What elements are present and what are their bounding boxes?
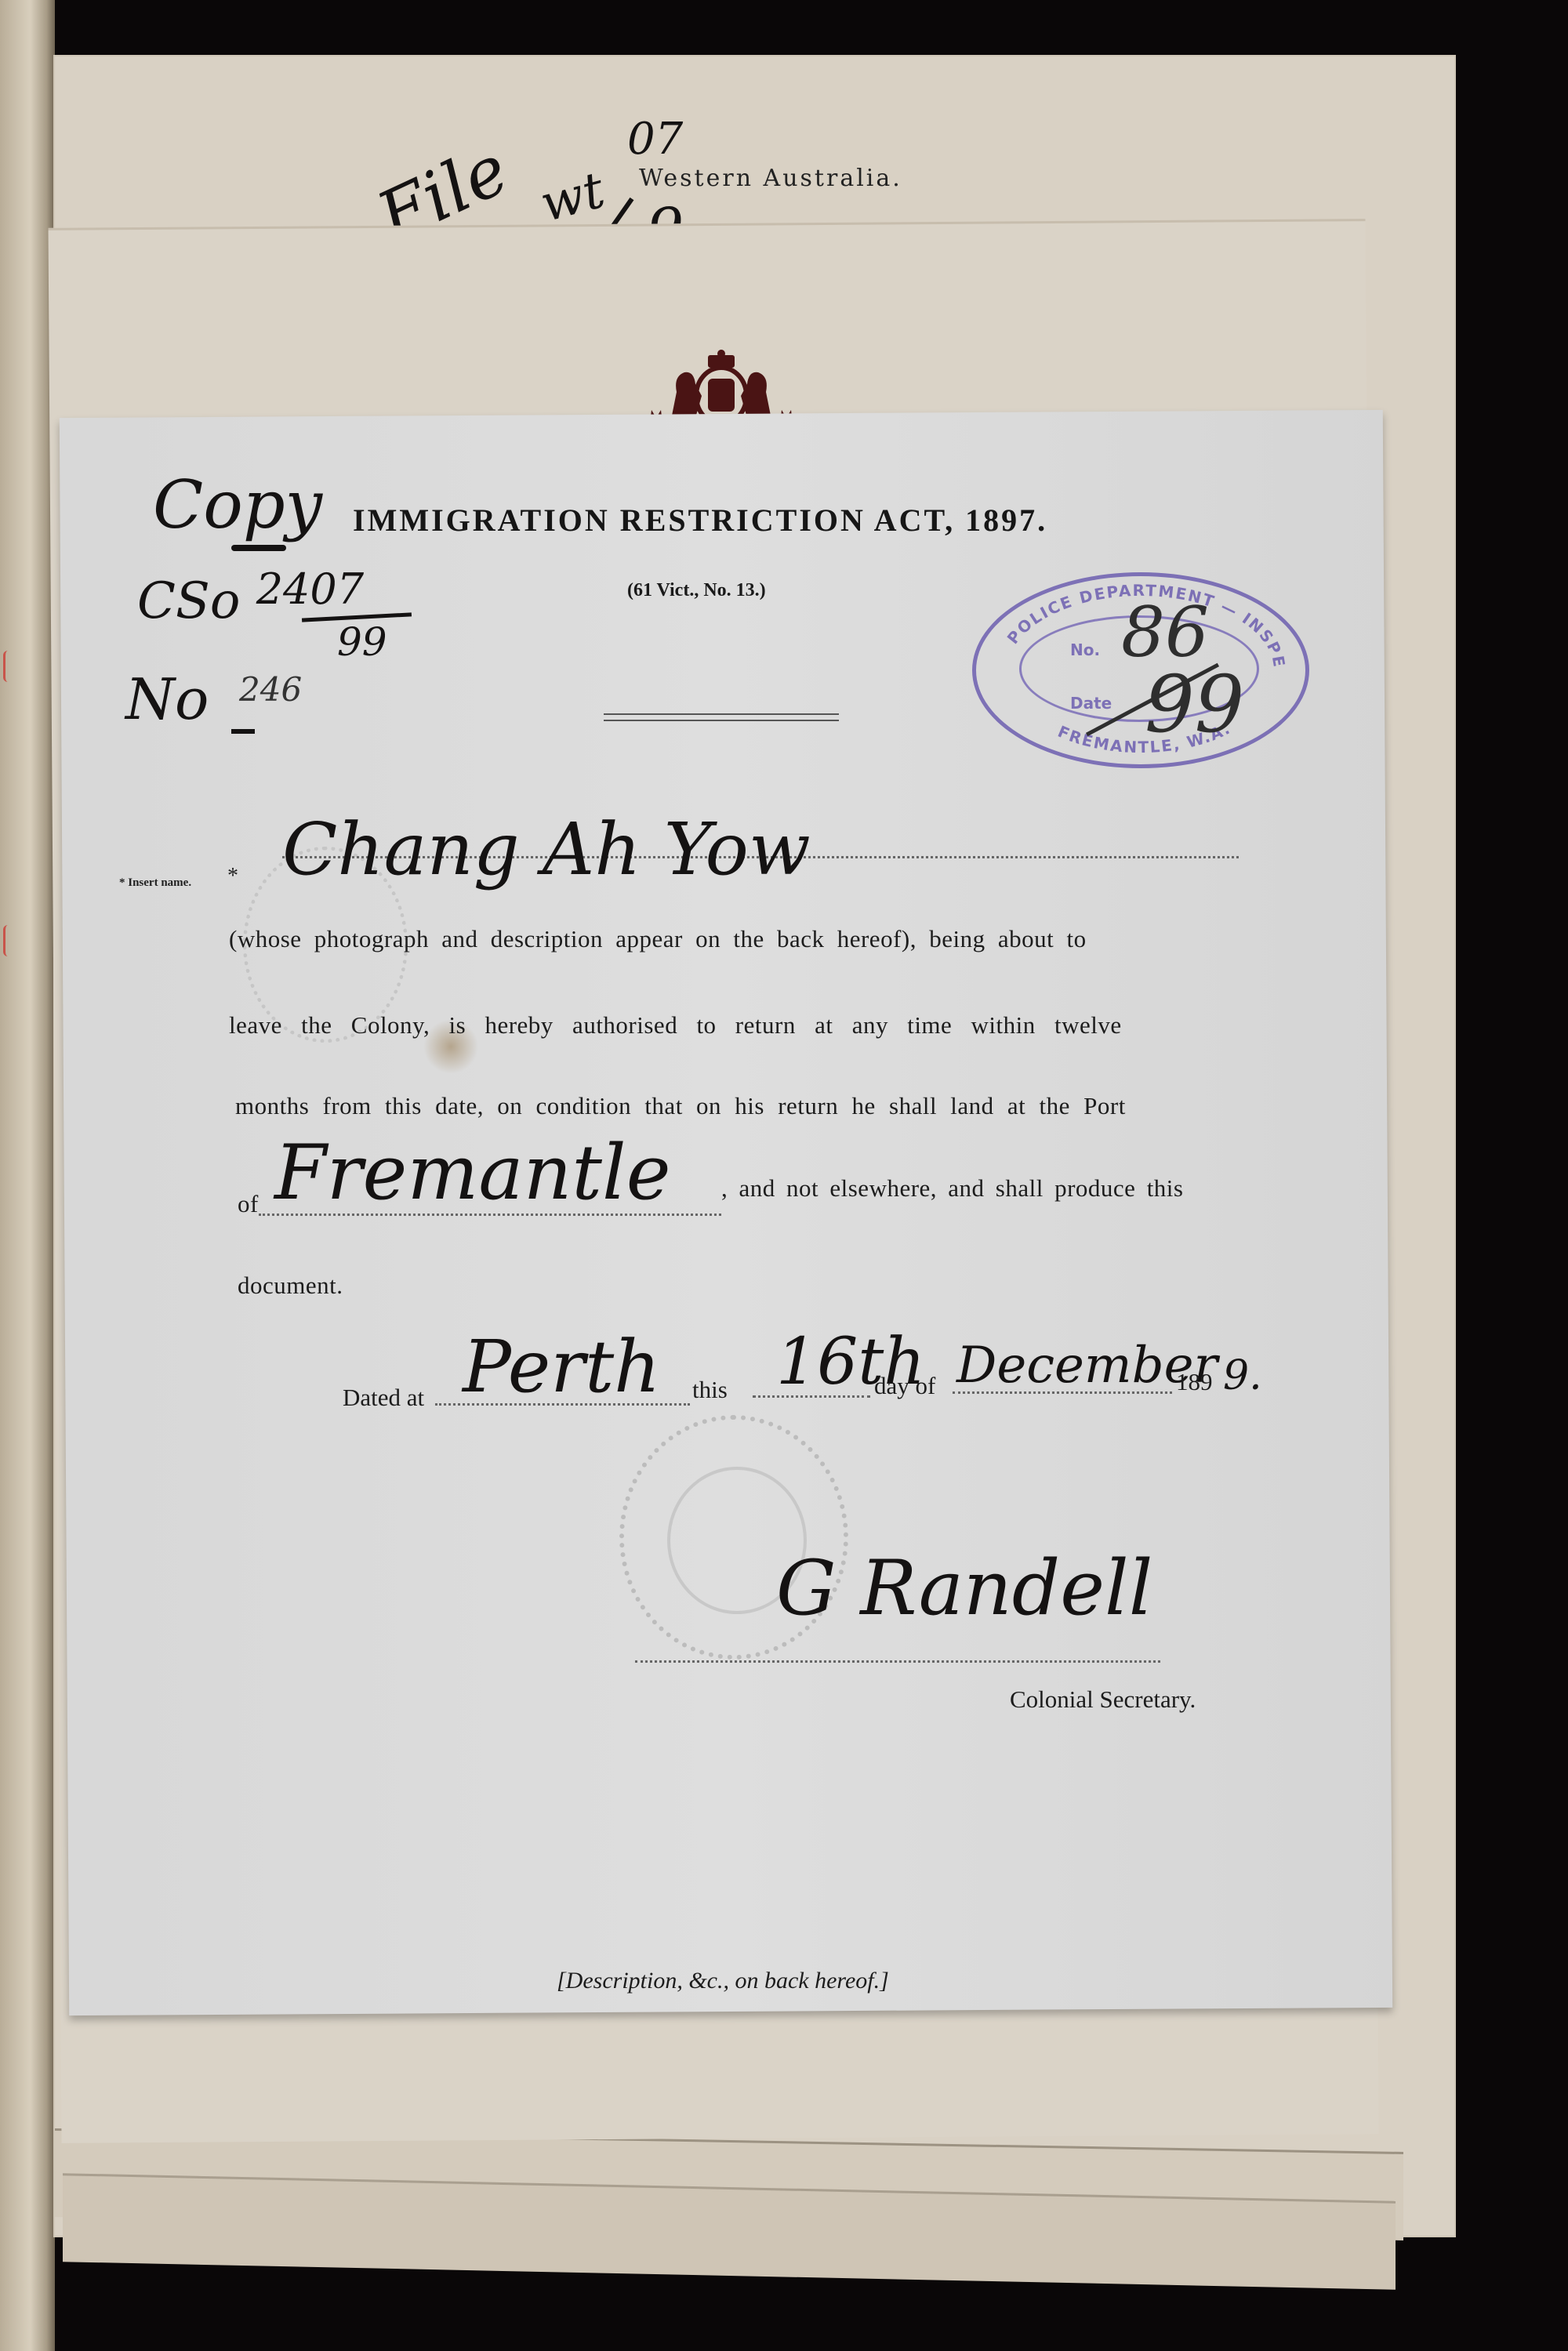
dated-place-value: Perth bbox=[463, 1325, 660, 1409]
handwritten-copy-note: Copy bbox=[153, 466, 322, 543]
form-title: IMMIGRATION RESTRICTION ACT, 1897. bbox=[353, 502, 1047, 539]
name-field-value: Chang Ah Yow bbox=[282, 807, 811, 891]
signature-line bbox=[635, 1660, 1160, 1663]
insert-name-footnote: * Insert name. bbox=[119, 876, 191, 890]
port-field-value: Fremantle bbox=[274, 1129, 671, 1217]
body-line-4-prefix: of bbox=[238, 1190, 259, 1218]
body-line-4-suffix: , and not elsewhere, and shall produce t… bbox=[721, 1174, 1184, 1203]
body-line-3: months from this date, on condition that… bbox=[235, 1092, 1126, 1120]
handwritten-no-label: No bbox=[125, 666, 209, 732]
handwritten-year-top: 07 bbox=[627, 114, 683, 165]
year-prefix: 189 bbox=[1176, 1368, 1213, 1396]
signatory-title: Colonial Secretary. bbox=[1010, 1685, 1196, 1714]
stamp-year: 99 bbox=[1145, 658, 1244, 750]
cso-label: CSo bbox=[137, 572, 240, 630]
handwritten-no-number: 246 bbox=[239, 670, 302, 709]
footer-description-note: [Description, &c., on back hereof.] bbox=[557, 1968, 889, 1994]
body-line-5: document. bbox=[238, 1272, 343, 1300]
red-ink-mark bbox=[3, 925, 13, 956]
signature-value: G Randell bbox=[776, 1544, 1152, 1632]
red-ink-mark bbox=[3, 651, 13, 682]
body-line-2: leave the Colony, is hereby authorised t… bbox=[229, 1011, 1122, 1039]
day-of-label: day of bbox=[874, 1372, 935, 1400]
dated-at-label: Dated at bbox=[343, 1384, 424, 1412]
form-subtitle: (61 Vict., No. 13.) bbox=[627, 580, 766, 601]
cso-number: 2407 bbox=[256, 564, 364, 614]
copy-underline bbox=[231, 545, 286, 551]
stamp-date-label: Date bbox=[1070, 694, 1112, 713]
left-page-edge bbox=[0, 0, 55, 2351]
name-asterisk: * bbox=[227, 864, 238, 889]
year-suffix-value: 9. bbox=[1223, 1352, 1262, 1399]
stamp-no-label: No. bbox=[1070, 640, 1100, 659]
police-inspector-stamp: POLICE DEPARTMENT — INSPECTOR'S OFFICE F… bbox=[972, 572, 1309, 768]
letterhead-western-australia: Western Australia. bbox=[639, 165, 902, 192]
body-line-1: (whose photograph and description appear… bbox=[229, 925, 1087, 953]
cso-year: 99 bbox=[337, 619, 387, 665]
title-double-rule bbox=[604, 713, 839, 721]
no-dash bbox=[231, 729, 255, 734]
handwritten-cso-label: CSo 2407 bbox=[137, 572, 364, 630]
this-label: this bbox=[692, 1376, 728, 1404]
